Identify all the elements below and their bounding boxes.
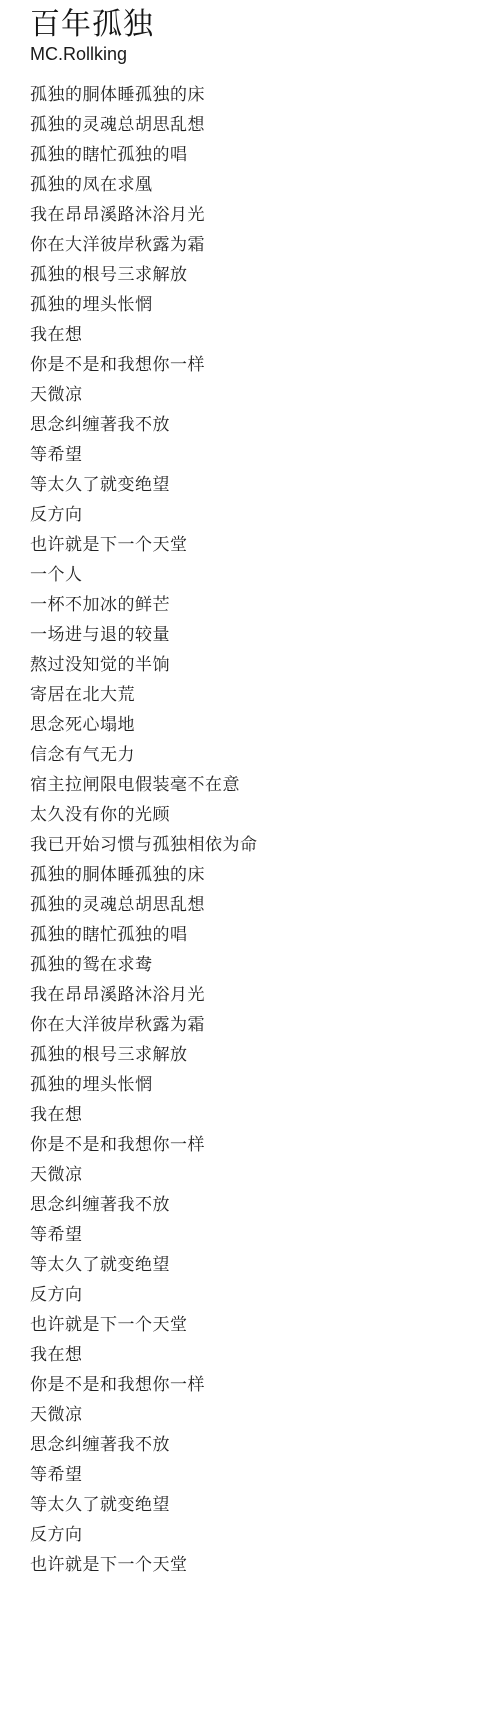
lyric-line: 寄居在北大荒 xyxy=(30,680,480,710)
lyric-line: 孤独的根号三求解放 xyxy=(30,260,480,290)
lyric-line: 孤独的灵魂总胡思乱想 xyxy=(30,890,480,920)
lyric-line: 孤独的凤在求凰 xyxy=(30,170,480,200)
lyric-line: 太久没有你的光顾 xyxy=(30,800,480,830)
lyric-line: 孤独的埋头怅惘 xyxy=(30,290,480,320)
lyric-line: 我已开始习惯与孤独相依为命 xyxy=(30,830,480,860)
lyric-line: 反方向 xyxy=(30,1280,480,1310)
lyric-line: 等太久了就变绝望 xyxy=(30,1250,480,1280)
lyric-line: 等希望 xyxy=(30,440,480,470)
lyric-line: 你是不是和我想你一样 xyxy=(30,350,480,380)
lyric-line: 你在大洋彼岸秋露为霜 xyxy=(30,230,480,260)
lyric-line: 等太久了就变绝望 xyxy=(30,1490,480,1520)
lyric-line: 孤独的瞎忙孤独的唱 xyxy=(30,920,480,950)
lyric-line: 天微凉 xyxy=(30,1160,480,1190)
song-artist: MC.Rollking xyxy=(30,44,480,64)
lyric-line: 一个人 xyxy=(30,560,480,590)
lyric-line: 等太久了就变绝望 xyxy=(30,470,480,500)
lyric-line: 思念纠缠著我不放 xyxy=(30,410,480,440)
lyric-line: 你是不是和我想你一样 xyxy=(30,1130,480,1160)
lyric-line: 我在昂昂溪路沐浴月光 xyxy=(30,200,480,230)
lyric-line: 思念死心塌地 xyxy=(30,710,480,740)
lyric-line: 思念纠缠著我不放 xyxy=(30,1430,480,1460)
lyrics-page: 百年孤独 MC.Rollking 孤独的胴体睡孤独的床孤独的灵魂总胡思乱想孤独的… xyxy=(0,0,500,1580)
lyric-line: 也许就是下一个天堂 xyxy=(30,1310,480,1340)
lyric-line: 孤独的灵魂总胡思乱想 xyxy=(30,110,480,140)
lyric-line: 孤独的胴体睡孤独的床 xyxy=(30,860,480,890)
lyric-line: 孤独的鸳在求鸯 xyxy=(30,950,480,980)
lyric-line: 一场进与退的较量 xyxy=(30,620,480,650)
lyric-line: 孤独的胴体睡孤独的床 xyxy=(30,80,480,110)
lyric-line: 孤独的根号三求解放 xyxy=(30,1040,480,1070)
lyric-line: 也许就是下一个天堂 xyxy=(30,530,480,560)
lyric-line: 宿主拉闸限电假装毫不在意 xyxy=(30,770,480,800)
lyric-line: 我在想 xyxy=(30,1100,480,1130)
lyrics-block: 孤独的胴体睡孤独的床孤独的灵魂总胡思乱想孤独的瞎忙孤独的唱孤独的凤在求凰我在昂昂… xyxy=(30,80,480,1580)
lyric-line: 我在昂昂溪路沐浴月光 xyxy=(30,980,480,1010)
lyric-line: 一杯不加冰的鲜芒 xyxy=(30,590,480,620)
lyric-line: 天微凉 xyxy=(30,380,480,410)
lyric-line: 信念有气无力 xyxy=(30,740,480,770)
lyric-line: 等希望 xyxy=(30,1220,480,1250)
lyric-line: 我在想 xyxy=(30,1340,480,1370)
lyric-line: 等希望 xyxy=(30,1460,480,1490)
lyric-line: 你在大洋彼岸秋露为霜 xyxy=(30,1010,480,1040)
lyric-line: 也许就是下一个天堂 xyxy=(30,1550,480,1580)
song-title: 百年孤独 xyxy=(30,6,480,44)
lyric-line: 思念纠缠著我不放 xyxy=(30,1190,480,1220)
lyric-line: 我在想 xyxy=(30,320,480,350)
lyric-line: 反方向 xyxy=(30,1520,480,1550)
lyric-line: 你是不是和我想你一样 xyxy=(30,1370,480,1400)
lyric-line: 熬过没知觉的半饷 xyxy=(30,650,480,680)
lyric-line: 天微凉 xyxy=(30,1400,480,1430)
lyric-line: 反方向 xyxy=(30,500,480,530)
lyric-line: 孤独的埋头怅惘 xyxy=(30,1070,480,1100)
lyric-line: 孤独的瞎忙孤独的唱 xyxy=(30,140,480,170)
